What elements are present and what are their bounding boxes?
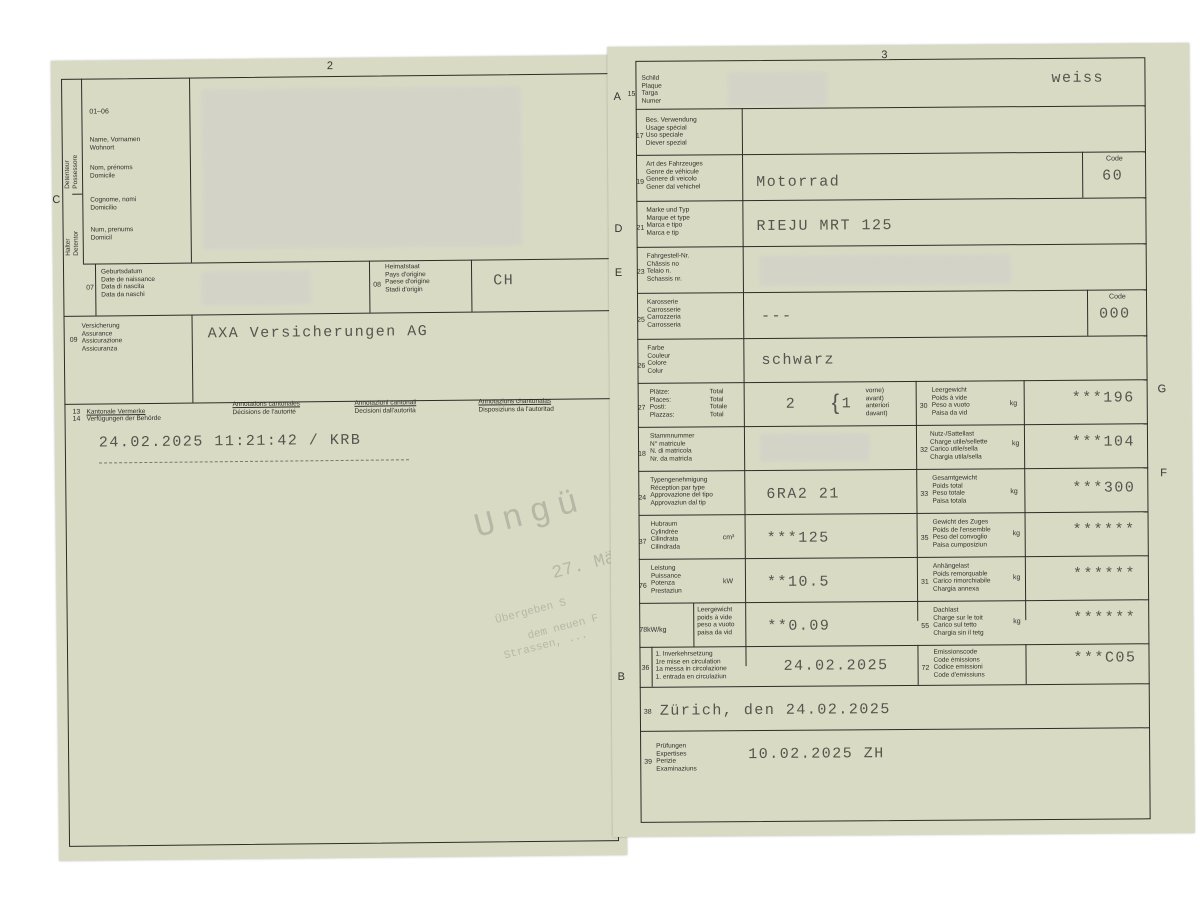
roof-load-value: ****** [1073, 609, 1136, 626]
total-weight-value: ***300 [1072, 479, 1135, 496]
approval-value: 6RA2 21 [766, 485, 840, 503]
total-weight-label: Gesamtgewicht Poids total Peso totale Pa… [932, 474, 977, 505]
field-label: Name, Vornamen Wohnort [90, 136, 141, 152]
field-number: 32 [920, 447, 928, 454]
emission-code-value: ***C05 [1073, 649, 1136, 666]
power-label: Leistung Puissance Potenza Prestaziun [651, 565, 682, 596]
power-value: **10.5 [767, 573, 830, 590]
color-label: Farbe Couleur Colore Colur [647, 345, 670, 376]
field-number: 36 [642, 665, 650, 672]
stamm-label: Stammnummer N° matricule N. di matricola… [650, 432, 695, 463]
plate-label: Schild Plaque Targa Numer [641, 75, 661, 106]
side-letter-d: D [614, 223, 622, 235]
holder-label: Halter [65, 238, 72, 255]
field-label: Nom, prénoms Domicile [90, 164, 133, 180]
unit-label: kg [1010, 488, 1017, 495]
holder-label: Possessore [72, 155, 79, 189]
field-number: 24 [638, 495, 646, 502]
insurance-label: Versicherung Assurance Assicurazione Ass… [82, 322, 123, 353]
seats-label: Plätze: Places: Posti: Plazzas: [650, 389, 675, 420]
unit-label: kg [1012, 440, 1019, 447]
field-number: 15 [628, 91, 636, 98]
field-number: 19 [636, 179, 644, 186]
field-number: 17 [636, 133, 644, 140]
field-number: 30 [920, 403, 928, 410]
unit-label: kg [1013, 574, 1020, 581]
side-letter-b: B [618, 671, 625, 683]
seats-total-label: Total Total Totale Total [710, 388, 728, 418]
holder-name-redacted [201, 86, 523, 249]
field-number: 21 [636, 225, 644, 232]
field-number: 23 [637, 269, 645, 276]
payload-value: ***104 [1072, 433, 1135, 450]
field-number: 31 [921, 579, 929, 586]
unit-label: kg [1013, 530, 1020, 537]
code-label: Code [1106, 155, 1123, 162]
displacement-value: ***125 [767, 530, 830, 547]
side-letter-a: A [614, 91, 621, 103]
body-label: Karosserie Carrosserie Carrozzeria Carro… [647, 299, 681, 330]
birthdate-redacted [201, 270, 311, 305]
train-weight-value: ****** [1073, 521, 1136, 538]
field-number: 1314 [72, 409, 80, 423]
side-letter-g: G [1158, 383, 1167, 395]
left-page: 2 C Detenteur Possessore Halter Detentor… [51, 55, 627, 861]
make-label: Marke und Typ Marque et type Marca e tip… [646, 206, 690, 237]
seats-total-value: 2 [786, 396, 797, 413]
empty-weight-label: Leergewicht Poids à vide Peso a vuoto Pa… [932, 387, 970, 418]
field-number: 07 [86, 285, 94, 292]
brace-icon: { [832, 389, 840, 415]
power-weight-ratio-value: **0.09 [767, 617, 830, 634]
plate-redacted [727, 72, 827, 107]
origin-label: Heimatstaat Pays d'origine Paese d'origi… [385, 263, 430, 294]
seats-front-value: 1 [842, 395, 853, 412]
front-seats-label: vorne) avant) anteriori davant) [866, 387, 890, 418]
holder-label: Detenteur [64, 160, 71, 189]
field-number: 09 [70, 337, 78, 344]
field-label: Cognome, nomi Domicilio [90, 196, 136, 212]
field-number: 37 [639, 539, 647, 546]
vehicle-type-value: Motorrad [756, 173, 840, 191]
birthdate-label: Geburtsdatum Date de naissance Data di n… [101, 268, 155, 299]
authority-remark-value: 24.02.2025 11:21:42 / KRB [99, 432, 362, 452]
ratio-label: Leergewicht poids à vide peso a vuoto pa… [697, 606, 734, 637]
origin-value: CH [493, 272, 514, 289]
unit-label: cm³ [723, 534, 735, 541]
payload-label: Nutz-/Sattellast Charge utile/sellette C… [930, 430, 988, 461]
exam-value: 10.02.2025 ZH [748, 745, 885, 763]
section-letter-c: C [52, 194, 60, 206]
field-number: 78kW/kg [639, 627, 666, 634]
usage-label: Bes. Verwendung Usage spécial Uso specia… [646, 116, 697, 147]
vehicle-type-code: 60 [1102, 167, 1123, 184]
unit-label: kg [1013, 618, 1020, 625]
body-code: 000 [1099, 305, 1131, 322]
vehicle-type-label: Art des Fahrzeuges Genre de véhicule Gen… [646, 160, 703, 191]
place-date-value: Zürich, den 24.02.2025 [660, 701, 891, 720]
roof-load-label: Dachlast Charge sur le toit Carico sul t… [933, 606, 983, 637]
empty-weight-value: ***196 [1072, 389, 1135, 406]
code-label: Code [1109, 293, 1126, 300]
page-number: 2 [327, 60, 333, 72]
field-number: 18 [638, 451, 646, 458]
field-number: 08 [373, 282, 381, 289]
first-registration-value: 24.02.2025 [784, 657, 889, 675]
field-number: 27 [638, 405, 646, 412]
side-letter-f: F [1160, 467, 1167, 479]
trailer-load-value: ****** [1073, 565, 1136, 582]
field-number: 39 [644, 759, 652, 766]
right-page: 3 A D E B G F 15 Schild Plaque Targa Num… [607, 43, 1195, 837]
field-number: 76 [639, 583, 647, 590]
trailer-load-label: Anhängelast Poids remorquable Carico rim… [933, 562, 991, 593]
emission-code-label: Emissionscode Code émissions Codice emis… [933, 648, 984, 679]
stamm-redacted [760, 433, 870, 462]
holder-label: Detentor [73, 231, 80, 256]
exam-label: Prüfungen Expertises Perizie Examinaziun… [656, 742, 697, 773]
first-registration-label: 1. Inverkehrsetzung 1re mise en circulat… [655, 650, 726, 681]
unit-label: kW [723, 578, 733, 585]
approval-label: Typengenehmigung Réception par type Appr… [650, 476, 713, 507]
field-number: 35 [921, 535, 929, 542]
make-model-value: RIEJU MRT 125 [756, 217, 893, 235]
side-letter-e: E [615, 267, 622, 279]
field-number: 72 [922, 665, 930, 672]
authority-label: Verfügungen der Behörde [87, 415, 162, 423]
cantonal-label-it: Annotazioni cantonali Decisioni dall'aut… [354, 399, 416, 415]
field-number: 55 [921, 623, 929, 630]
unit-label: kg [1010, 400, 1017, 407]
plate-color-value: weiss [1051, 70, 1104, 87]
displacement-label: Hubraum Cylindrée Cilindrata Cilindrada [651, 521, 680, 552]
cantonal-label-rm: Annotaziuns chantunalas Disposiziuns da … [478, 398, 553, 414]
field-number: 38 [644, 709, 652, 716]
chassis-redacted [759, 254, 1011, 286]
body-value: --- [761, 308, 793, 325]
cantonal-label-fr: Annotations cantonales Décisions de l'au… [232, 400, 300, 416]
field-number: 25 [637, 317, 645, 324]
train-weight-label: Gewicht des Zuges Poids de l'ensemble Pe… [933, 518, 991, 549]
field-label: Num, prenums Domicil [91, 226, 134, 242]
field-number: 01–06 [89, 108, 109, 115]
insurance-value: AXA Versicherungen AG [208, 323, 429, 342]
field-number: 26 [637, 363, 645, 370]
field-number: 33 [920, 491, 928, 498]
color-value: schwarz [761, 351, 835, 369]
chassis-label: Fahrgestell-Nr. Châssis no Telaio n. Sch… [647, 252, 690, 283]
